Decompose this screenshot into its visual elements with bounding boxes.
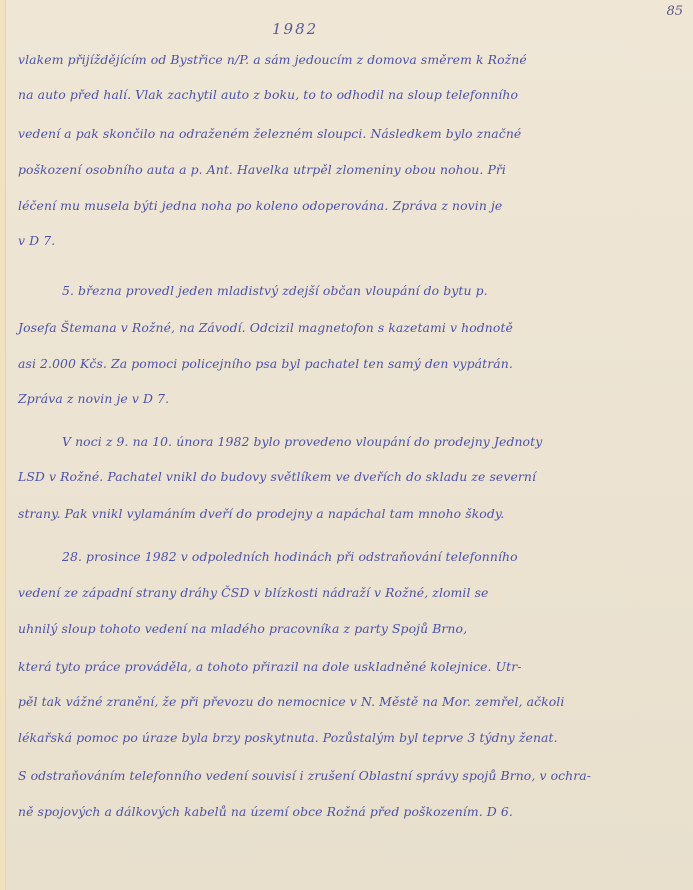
text-line: V noci z 9. na 10. února 1982 bylo prove… — [62, 434, 638, 449]
text-line: vedení a pak skončilo na odraženém želez… — [18, 126, 638, 141]
text-line: strany. Pak vnikl vylamáním dveří do pro… — [18, 506, 638, 521]
text-line: lékařská pomoc po úraze byla brzy poskyt… — [18, 730, 638, 745]
text-line: 5. března provedl jeden mladistvý zdejší… — [62, 283, 638, 298]
text-line: vedení ze západní strany dráhy ČSD v blí… — [18, 585, 638, 600]
text-line: Josefa Štemana v Rožné, na Závodí. Odciz… — [18, 320, 638, 335]
page-number: 85 — [666, 4, 683, 19]
text-line: 28. prosince 1982 v odpoledních hodinách… — [62, 549, 638, 564]
text-line: pěl tak vážné zranění, že při převozu do… — [18, 694, 638, 709]
text-line: v D 7. — [18, 233, 638, 248]
text-line: která tyto práce prováděla, a tohoto při… — [18, 659, 638, 674]
text-line: léčení mu musela býti jedna noha po kole… — [18, 198, 638, 213]
text-line: uhnilý sloup tohoto vedení na mladého pr… — [18, 621, 638, 636]
text-line: Zpráva z novin je v D 7. — [18, 391, 638, 406]
text-line: S odstraňováním telefonního vedení souvi… — [18, 768, 638, 783]
text-line: na auto před halí. Vlak zachytil auto z … — [18, 87, 638, 102]
text-line: vlakem přijíždějícím od Bystřice n/P. a … — [18, 52, 638, 67]
year-heading: 1982 — [272, 20, 318, 38]
text-line: ně spojových a dálkových kabelů na území… — [18, 804, 638, 819]
chronicle-page: 85 1982 vlakem přijíždějícím od Bystřice… — [0, 0, 693, 890]
text-line: LSD v Rožné. Pachatel vnikl do budovy sv… — [18, 469, 638, 484]
text-line: poškození osobního auta a p. Ant. Havelk… — [18, 162, 638, 177]
text-line: asi 2.000 Kčs. Za pomoci policejního psa… — [18, 356, 638, 371]
